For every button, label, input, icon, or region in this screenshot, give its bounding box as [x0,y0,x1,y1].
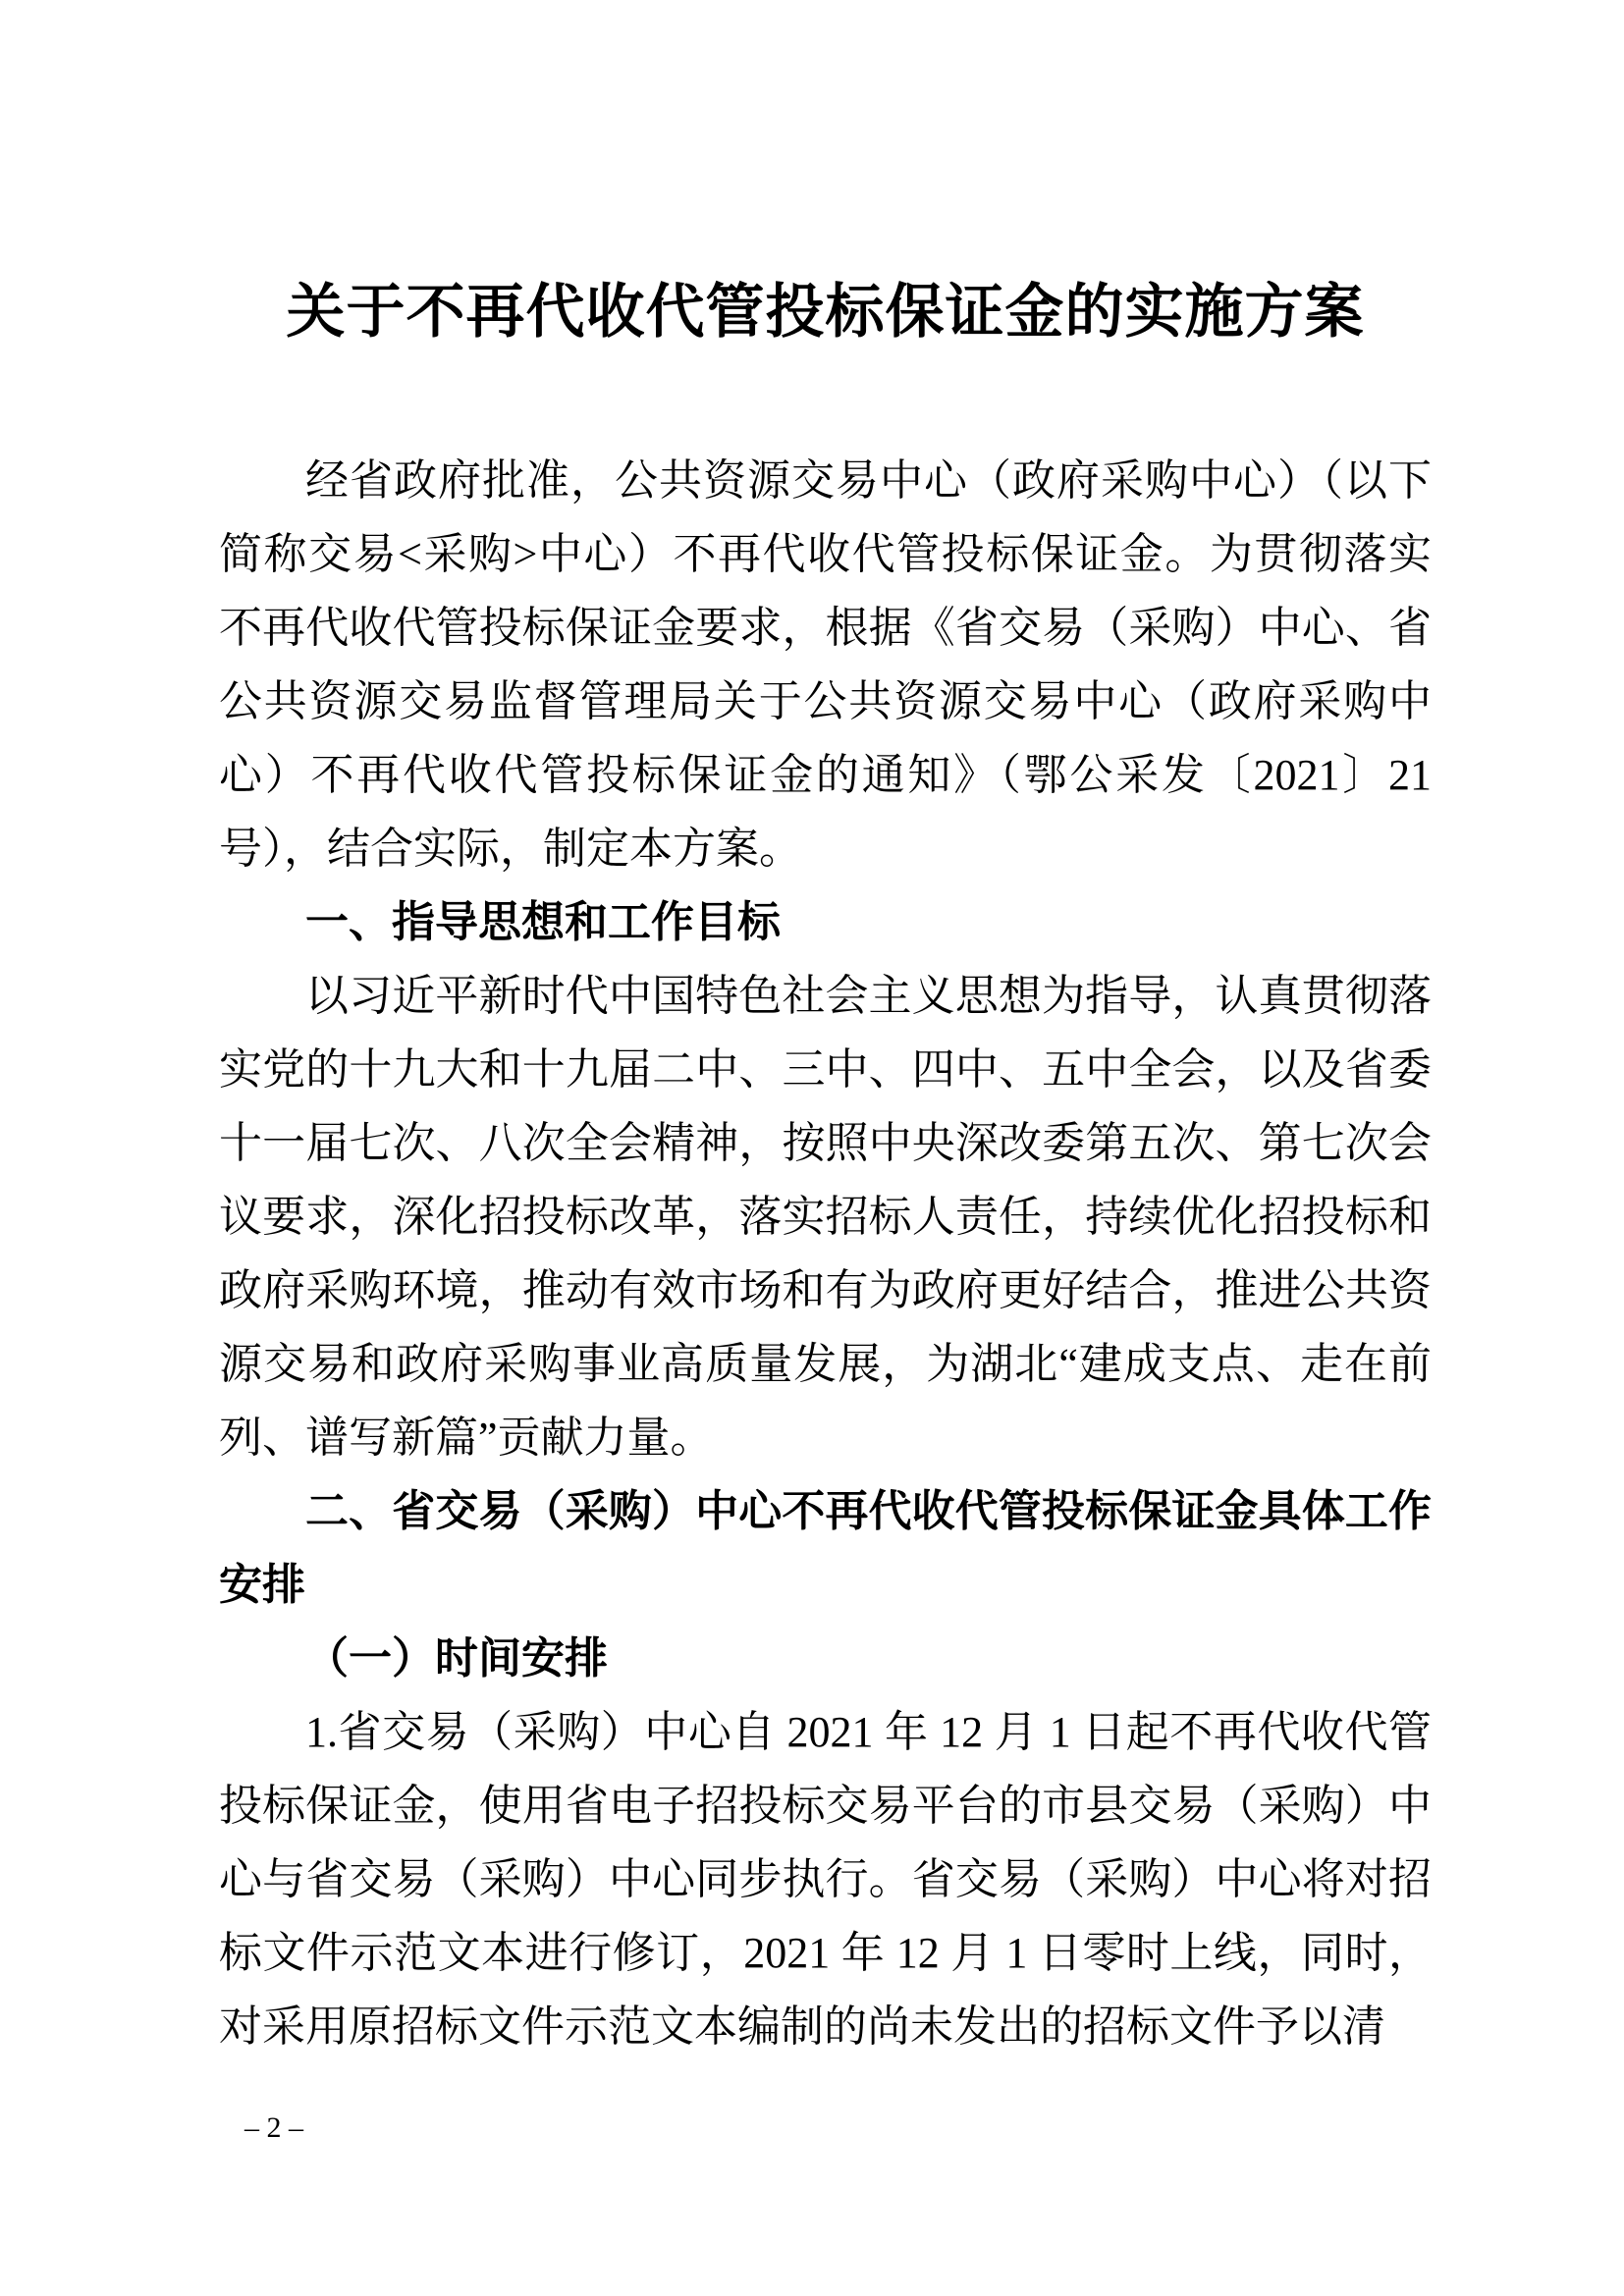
paragraph: 1.省交易（采购）中心自 2021 年 12 月 1 日起不再代收代管投标保证金… [219,1695,1432,2063]
paragraph: 以习近平新时代中国特色社会主义思想为指导，认真贯彻落实党的十九大和十九届二中、三… [219,959,1432,1474]
paragraph: 经省政府批准，公共资源交易中心（政府采购中心）（以下简称交易<采购>中心）不再代… [219,444,1432,885]
section-heading: 一、指导思想和工作目标 [219,885,1432,959]
page-number: – 2 – [244,2110,1432,2146]
subsection-heading: （一）时间安排 [219,1622,1432,1695]
document-page: 关于不再代收代管投标保证金的实施方案 经省政府批准，公共资源交易中心（政府采购中… [0,0,1624,2296]
section-heading: 二、省交易（采购）中心不再代收代管投标保证金具体工作安排 [219,1474,1432,1622]
document-title: 关于不再代收代管投标保证金的实施方案 [219,275,1432,349]
document-body: 经省政府批准，公共资源交易中心（政府采购中心）（以下简称交易<采购>中心）不再代… [219,444,1432,2063]
